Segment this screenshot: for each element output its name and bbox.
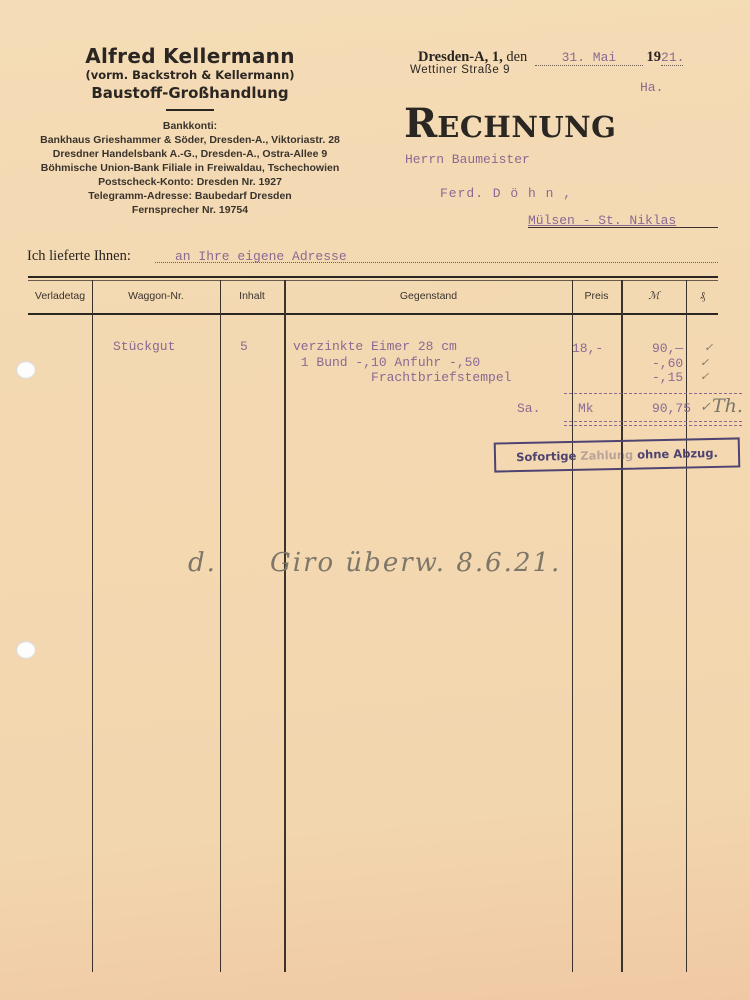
column-divider [220,280,221,972]
handwritten-prefix: d. [188,548,217,578]
column-divider [621,280,623,972]
header-preis: Preis [572,290,621,302]
stamp-text: Sofortige [516,449,581,464]
header-inhalt: Inhalt [220,290,284,302]
cell-amount: -,15 [652,370,683,385]
header-waggon-nr: Waggon-Nr. [92,290,220,302]
handwritten-payment-note: Giro überw. 8.6.21. [270,548,561,578]
phone-line: Fernsprecher Nr. 19754 [20,203,360,217]
cell-gegenstand-line: 1 Bund -,10 Anfuhr -,50 [293,355,480,370]
column-divider [686,280,687,972]
column-divider [572,280,573,972]
document-title: RECHNUNG [404,100,616,147]
header-mark: ℳ [622,290,686,302]
company-name: Alfred Kellermann [20,44,360,68]
cell-gegenstand-line: Frachtbriefstempel [293,370,511,385]
header-verladetag: Verladetag [28,290,92,302]
clerk-initials: Ha. [640,80,663,95]
header-gegenstand: Gegenstand [285,290,572,302]
cell-amount: 90,— [652,341,683,356]
table-top-rule-inner [28,280,718,281]
year-suffix: 21. [661,50,683,66]
cell-waggon: Stückgut [113,339,175,354]
letterhead: Alfred Kellermann (vorm. Backstroh & Kel… [20,44,360,217]
stamp-text: ohne Abzug. [633,446,718,462]
recipient-town: Mülsen - St. Niklas [528,213,676,228]
place: Dresden-A, 1, [418,49,503,65]
table-header-rule [28,313,718,315]
total-label: Sa. [517,401,540,416]
check-mark-icon: ✓ [700,400,711,415]
cell-inhalt: 5 [240,339,248,354]
telegram-line: Telegramm-Adresse: Baubedarf Dresden [20,189,360,203]
stamp-text-faint: Zahlung [580,448,633,463]
sum-double-rule [564,421,742,422]
total-currency: Mk [578,401,594,416]
recipient-name: Ferd. D ö h n , [440,186,572,201]
title-initial: R [404,100,437,147]
punch-hole [16,641,36,659]
postscheck-line: Postscheck-Konto: Dresden Nr. 1927 [20,175,360,189]
sum-rule [564,393,742,394]
delivery-label: Ich lieferte Ihnen: [27,248,131,265]
former-company-name: (vorm. Backstroh & Kellermann) [20,68,360,83]
sum-double-rule [564,425,742,426]
year-prefix: 19 [647,49,662,65]
header-pfennig: ₰ [687,290,718,302]
date-day-month: 31. Mai [535,50,643,66]
den-label: den [506,49,527,65]
company-trade: Baustoff-Großhandlung [20,83,360,103]
cell-preis: 18,- [572,341,603,356]
divider [166,109,214,111]
check-mark-icon: ✓ [704,341,713,354]
recipient-underline [528,227,718,228]
table-top-rule [28,276,718,278]
bank-line: Böhmische Union-Bank Filiale in Freiwald… [20,161,360,175]
cell-amount: -,60 [652,356,683,371]
bank-line: Dresdner Handelsbank A.-G., Dresden-A., … [20,147,360,161]
bank-line: Bankhaus Grieshammer & Söder, Dresden-A.… [20,133,360,147]
punch-hole [16,361,36,379]
payment-terms-stamp: Sofortige Zahlung ohne Abzug. [494,437,741,472]
street-address: Wettiner Straße 9 [410,64,510,76]
total-initials: Th. [712,395,743,417]
total-amount: 90,75 [652,401,691,416]
check-mark-icon: ✓ [700,356,709,369]
bank-accounts-title: Bankkonti: [20,119,360,133]
cell-gegenstand-line: verzinkte Eimer 28 cm [293,339,457,354]
delivery-value: an Ihre eigene Adresse [175,249,347,264]
column-divider [92,280,93,972]
recipient-line-1: Herrn Baumeister [405,152,530,167]
title-rest: ECHNUNG [437,110,616,144]
column-divider [284,280,286,972]
check-mark-icon: ✓ [700,370,709,383]
